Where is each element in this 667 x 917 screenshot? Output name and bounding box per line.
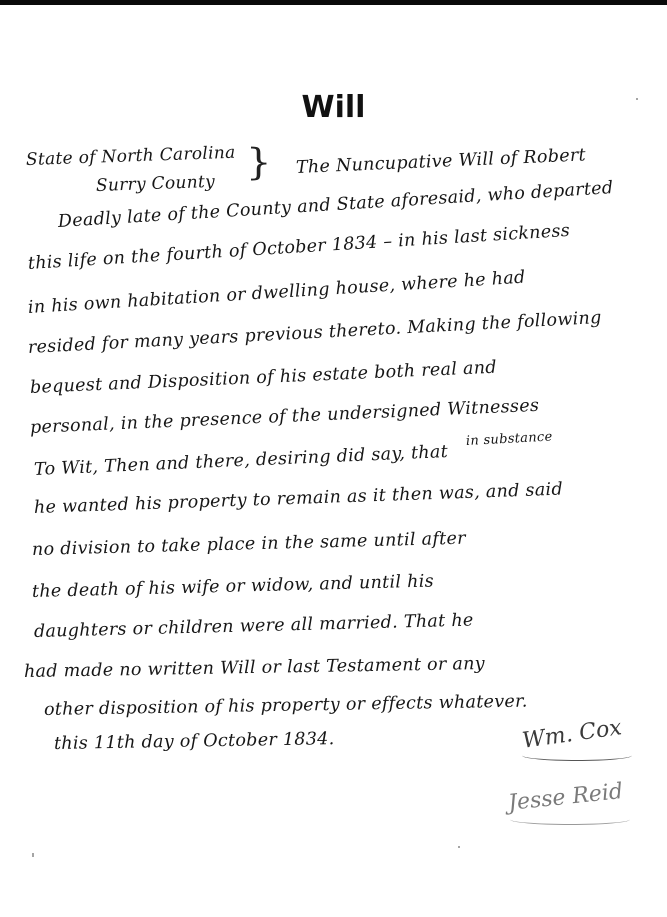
interlinear-insertion: in substance xyxy=(466,429,553,449)
will-body-line: the death of his wife or widow, and unti… xyxy=(32,571,434,602)
signature-flourish xyxy=(510,814,630,825)
will-body-line: daughters or children were all married. … xyxy=(34,610,474,642)
state-line: State of North Carolina xyxy=(26,143,236,170)
will-body-line: To Wit, Then and there, desiring did say… xyxy=(34,442,449,480)
will-heading: The Nuncupative Will of Robert xyxy=(296,145,587,178)
will-body-line: bequest and Disposition of his estate bo… xyxy=(30,358,498,398)
witness-signature: Wm. Cox xyxy=(521,715,623,754)
scan-speck xyxy=(636,98,638,100)
handwritten-will-page: State of North Carolina Surry County } T… xyxy=(0,0,667,917)
will-body-line: had made no written Will or last Testame… xyxy=(24,654,485,682)
signature-flourish xyxy=(522,750,632,761)
scan-speck xyxy=(32,853,34,855)
will-body-line: resided for many years previous thereto.… xyxy=(27,308,602,358)
will-date-line: this 11th day of October 1834. xyxy=(54,729,335,754)
brace-mark: } xyxy=(246,142,271,183)
scan-speck xyxy=(32,855,34,857)
will-body-line: personal, in the presence of the undersi… xyxy=(30,396,540,438)
county-line: Surry County xyxy=(96,172,216,196)
will-body-line: in his own habitation or dwelling house,… xyxy=(27,268,526,318)
scan-speck xyxy=(458,846,460,848)
will-body-line: he wanted his property to remain as it t… xyxy=(34,480,564,518)
witness-signature: Jesse Reid xyxy=(507,779,624,816)
will-body-line: other disposition of his property or eff… xyxy=(44,692,528,720)
will-body-line: no division to take place in the same un… xyxy=(32,529,466,560)
